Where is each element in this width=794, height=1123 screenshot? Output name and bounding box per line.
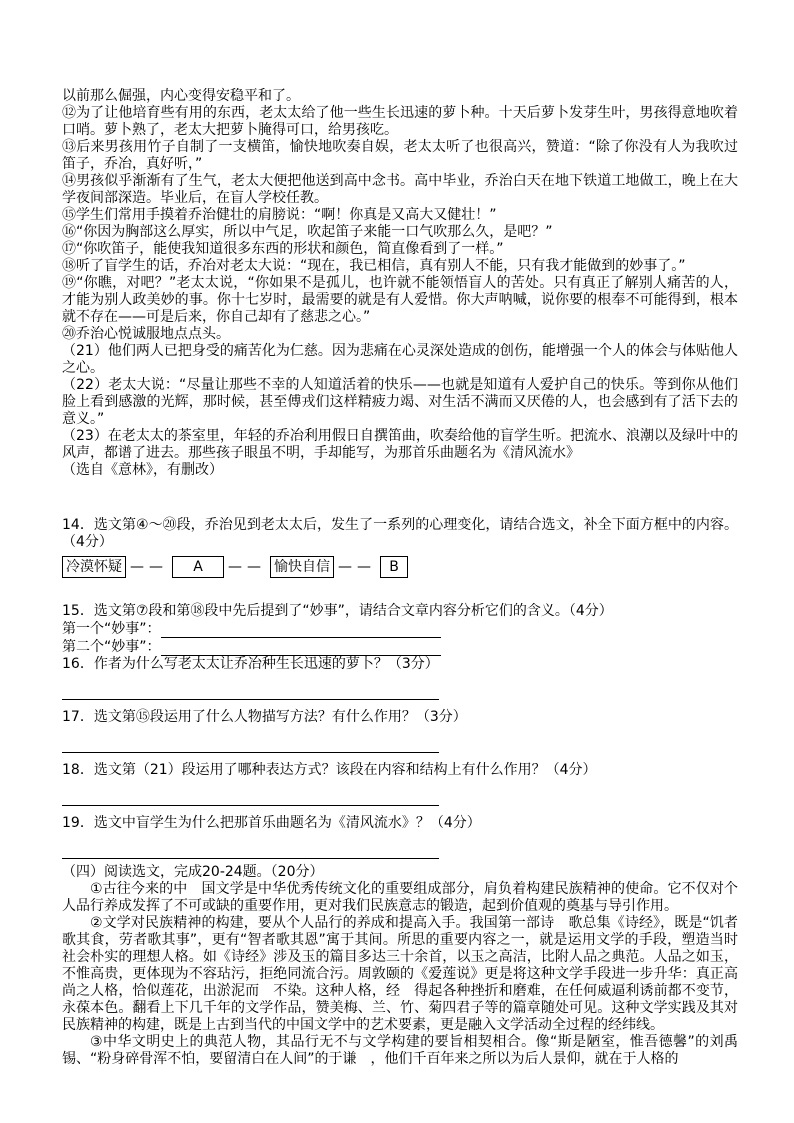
flow-connector: ——	[334, 559, 380, 576]
passage-paragraph: ②文学对民族精神的构建，要从个人品行的养成和提高入手。我国第一部诗 歌总集《诗经…	[62, 915, 738, 1034]
answer-blank-line	[62, 726, 439, 753]
passage-paragraph: ⑮学生们常用手摸着乔治健壮的肩膀说：“啊！你真是又高大又健壮！”	[62, 207, 738, 224]
answer-blank-line	[62, 673, 439, 700]
passage-paragraph: ⑯“你因为胸部这么厚实，所以中气足，吹起笛子来能一口气吹那么久，是吧？”	[62, 224, 738, 241]
answer-label: 第二个“妙事”：	[62, 639, 161, 656]
passage-paragraph: ⑱听了盲学生的话，乔冶对老太大说：“现在，我已相信，真有别人不能，只有我才能做到…	[62, 258, 738, 275]
question-14: 14．选文第④～⑳段，乔治见到老太太后，发生了一系列的心理变化，请结合选文，补全…	[62, 517, 738, 579]
passage-paragraph: （22）老太大说：“尽量让那些不幸的人知道活着的快乐——也就是知道有人爱护自己的…	[62, 377, 738, 428]
reading-passage: 以前那么倔强，内心变得安稳平和了。⑫为了让他培育些有用的东西，老太太给了他一些生…	[62, 88, 738, 462]
section-4: （四）阅读选文，完成20-24题。（20分） ①古往今来的中 国文学是中华优秀传…	[62, 864, 738, 1068]
question-15-answer-row-2: 第二个“妙事”：	[62, 638, 738, 656]
flow-box-state-1: 冷漠怀疑	[62, 556, 126, 578]
question-15-text: 15．选文第⑦段和第⑱段中先后提到了“妙事”，请结合文章内容分析它们的含义。（4…	[62, 603, 738, 620]
question-14-flow-chart: 冷漠怀疑 —— A —— 愉快自信 —— B	[62, 555, 738, 579]
passage-paragraph: ⑲“你瞧，对吧？”老太太说，“你如果不是孤儿，也许就不能领悟盲人的苦处。只有真正…	[62, 275, 738, 326]
question-16-text: 16．作者为什么写老太太让乔冶种生长迅速的萝卜？（3分）	[62, 656, 738, 673]
passage-source: （选自《意林》，有删改）	[62, 462, 738, 479]
question-14-text: 14．选文第④～⑳段，乔治见到老太太后，发生了一系列的心理变化，请结合选文，补全…	[62, 517, 738, 551]
question-18: 18．选文第（21）段运用了哪种表达方式？该段在内容和结构上有什么作用？（4分）	[62, 762, 738, 806]
question-15: 15．选文第⑦段和第⑱段中先后提到了“妙事”，请结合文章内容分析它们的含义。（4…	[62, 603, 738, 656]
passage-paragraph: ③中华文明史上的典范人物，其品行无不与文学构建的要旨相契相合。像“斯是陋室，惟吾…	[62, 1034, 738, 1068]
passage-paragraph: （21）他们两人已把身受的痛苦化为仁慈。因为悲痛在心灵深处造成的创伤，能增强一个…	[62, 343, 738, 377]
passage-paragraph: 以前那么倔强，内心变得安稳平和了。	[62, 88, 738, 105]
exam-page: 以前那么倔强，内心变得安稳平和了。⑫为了让他培育些有用的东西，老太太给了他一些生…	[0, 0, 794, 1123]
answer-blank-line	[161, 641, 441, 656]
question-17-text: 17．选文第⑮段运用了什么人物描写方法？有什么作用？（3分）	[62, 709, 738, 726]
flow-box-state-3: 愉快自信	[270, 556, 334, 578]
flow-box-blank-b: B	[380, 556, 408, 578]
section-4-passage: ①古往今来的中 国文学是中华优秀传统文化的重要组成部分，肩负着构建民族精神的使命…	[62, 881, 738, 1068]
question-18-text: 18．选文第（21）段运用了哪种表达方式？该段在内容和结构上有什么作用？（4分）	[62, 762, 738, 779]
answer-blank-line	[161, 623, 441, 638]
passage-paragraph: ⑬后来男孩用竹子自制了一支横笛，愉快地吹奏自娱，老太太听了也很高兴，赞道：“除了…	[62, 139, 738, 173]
passage-paragraph: ⑳乔治心悦诚服地点点头。	[62, 326, 738, 343]
answer-blank-line	[62, 779, 439, 806]
question-19: 19．选文中盲学生为什么把那首乐曲题名为《清风流水》？（4分）	[62, 815, 738, 859]
question-17: 17．选文第⑮段运用了什么人物描写方法？有什么作用？（3分）	[62, 709, 738, 753]
flow-connector: ——	[224, 559, 270, 576]
answer-label: 第一个“妙事”：	[62, 621, 161, 638]
passage-paragraph: ⑭男孩似乎渐渐有了生气，老太大便把他送到高中念书。高中毕业，乔治白天在地下铁道工…	[62, 173, 738, 207]
flow-box-blank-a: A	[172, 556, 224, 578]
passage-paragraph: ①古往今来的中 国文学是中华优秀传统文化的重要组成部分，肩负着构建民族精神的使命…	[62, 881, 738, 915]
passage-paragraph: ⑰“你吹笛子，能使我知道很多东西的形状和颜色，简直像看到了一样。”	[62, 241, 738, 258]
flow-connector: ——	[126, 559, 172, 576]
question-15-answer-row-1: 第一个“妙事”：	[62, 620, 738, 638]
passage-paragraph: ⑫为了让他培育些有用的东西，老太太给了他一些生长迅速的萝卜种。十天后萝卜发芽生叶…	[62, 105, 738, 139]
passage-paragraph: （23）在老太太的茶室里，年轻的乔冶利用假日自撰笛曲，吹奏给他的盲学生听。把流水…	[62, 428, 738, 462]
question-16: 16．作者为什么写老太太让乔冶种生长迅速的萝卜？（3分）	[62, 656, 738, 700]
question-19-text: 19．选文中盲学生为什么把那首乐曲题名为《清风流水》？（4分）	[62, 815, 738, 832]
section-4-heading: （四）阅读选文，完成20-24题。（20分）	[62, 864, 738, 881]
answer-blank-line	[62, 832, 439, 859]
